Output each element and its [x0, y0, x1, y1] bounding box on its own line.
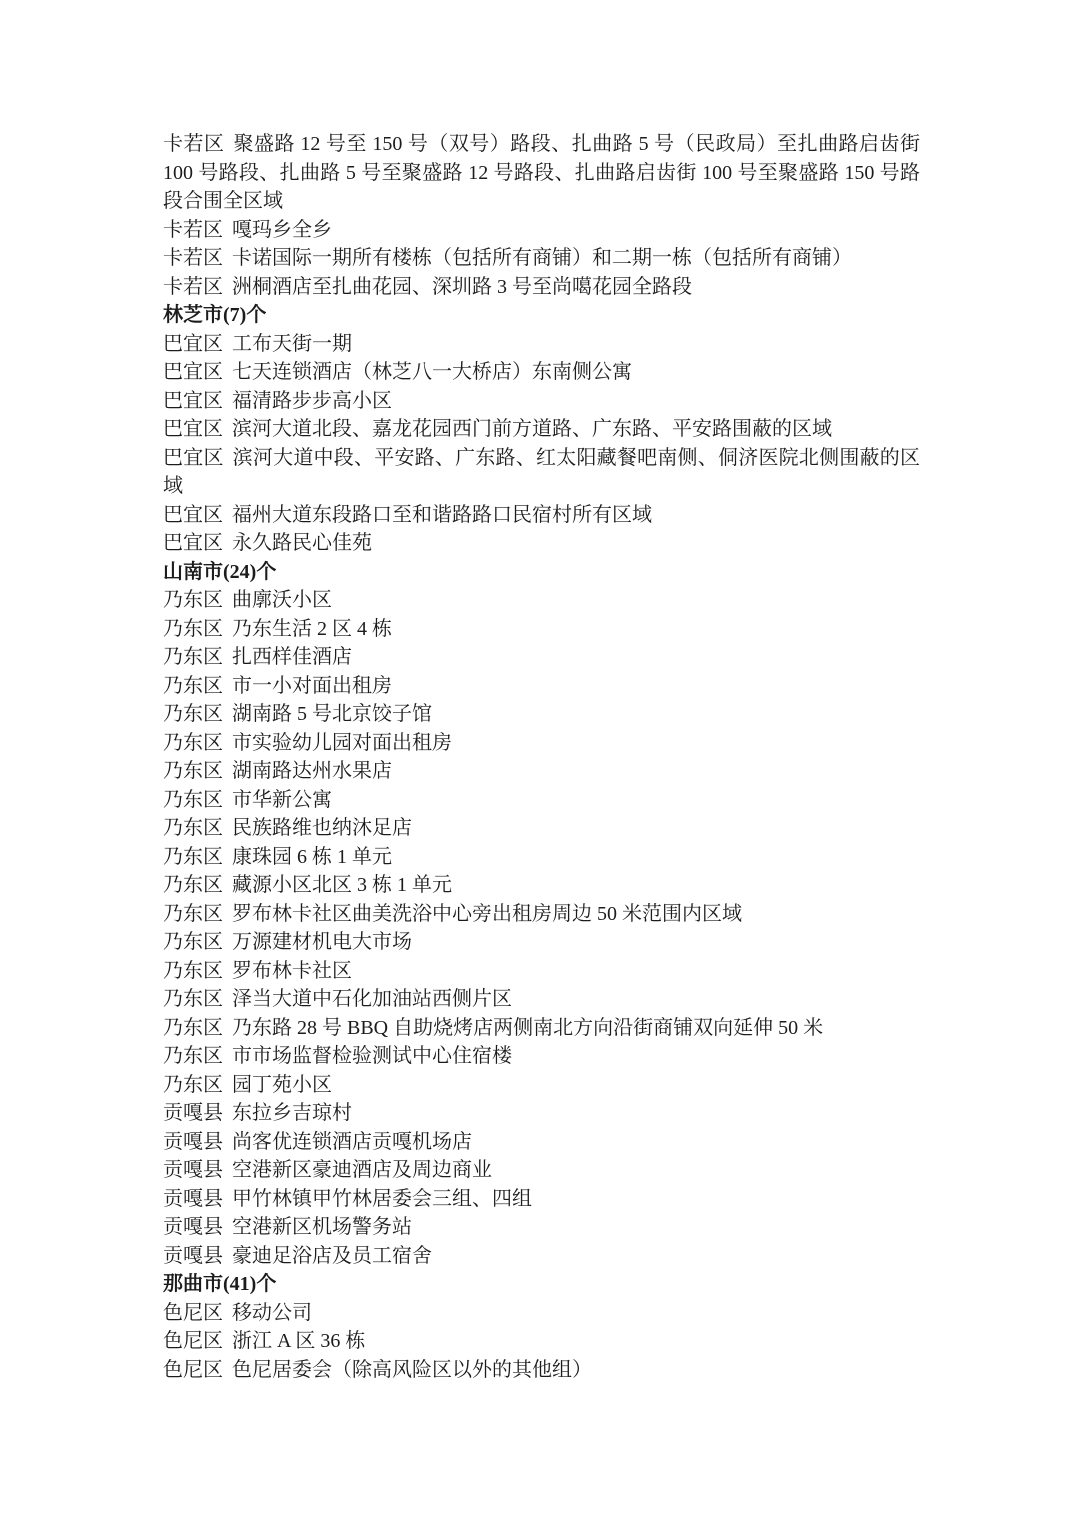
- entry-description: 泽当大道中石化加油站西侧片区: [232, 988, 512, 1010]
- district-label: 色尼区: [163, 1359, 223, 1381]
- entry-line: 乃东区藏源小区北区 3 栋 1 单元: [163, 871, 920, 900]
- entry-line: 巴宜区滨河大道北段、嘉龙花园西门前方道路、广东路、平安路围蔽的区域: [163, 415, 920, 444]
- district-label: 巴宜区: [163, 390, 223, 412]
- district-label: 贡嘎县: [163, 1188, 223, 1210]
- entry-line: 巴宜区滨河大道中段、平安路、广东路、红太阳藏餐吧南侧、侗济医院北侧围蔽的区域: [163, 444, 920, 501]
- entry-description: 市市场监督检验测试中心住宿楼: [232, 1045, 512, 1067]
- entry-description: 滨河大道北段、嘉龙花园西门前方道路、广东路、平安路围蔽的区域: [232, 418, 832, 440]
- district-label: 乃东区: [163, 675, 223, 697]
- entry-line: 贡嘎县甲竹林镇甲竹林居委会三组、四组: [163, 1185, 920, 1214]
- entry-description: 永久路民心佳苑: [232, 532, 372, 554]
- entry-description: 乃东生活 2 区 4 栋: [232, 618, 392, 640]
- district-label: 乃东区: [163, 760, 223, 782]
- entry-description: 尚客优连锁酒店贡嘎机场店: [232, 1131, 472, 1153]
- district-label: 乃东区: [163, 931, 223, 953]
- district-label: 贡嘎县: [163, 1216, 223, 1238]
- district-label: 贡嘎县: [163, 1102, 223, 1124]
- section-header: 山南市(24)个: [163, 558, 920, 587]
- entry-description: 曲廓沃小区: [232, 589, 332, 611]
- district-label: 乃东区: [163, 846, 223, 868]
- entry-description: 洲桐酒店至扎曲花园、深圳路 3 号至尚噶花园全路段: [232, 276, 692, 298]
- entry-description: 万源建材机电大市场: [232, 931, 412, 953]
- entry-line: 卡若区聚盛路 12 号至 150 号（双号）路段、扎曲路 5 号（民政局）至扎曲…: [163, 130, 920, 216]
- district-label: 巴宜区: [163, 361, 223, 383]
- entry-line: 贡嘎县东拉乡吉琼村: [163, 1099, 920, 1128]
- entry-line: 乃东区湖南路 5 号北京饺子馆: [163, 700, 920, 729]
- entry-line: 乃东区扎西样佳酒店: [163, 643, 920, 672]
- entry-description: 民族路维也纳沐足店: [232, 817, 412, 839]
- district-label: 乃东区: [163, 646, 223, 668]
- entry-description: 市实验幼儿园对面出租房: [232, 732, 452, 754]
- entry-description: 福清路步步高小区: [232, 390, 392, 412]
- district-label: 贡嘎县: [163, 1159, 223, 1181]
- entry-description: 空港新区机场警务站: [232, 1216, 412, 1238]
- entry-description: 滨河大道中段、平安路、广东路、红太阳藏餐吧南侧、侗济医院北侧围蔽的区域: [163, 447, 920, 498]
- entry-description: 罗布林卡社区: [232, 960, 352, 982]
- district-label: 乃东区: [163, 1017, 223, 1039]
- section-header: 林芝市(7)个: [163, 301, 920, 330]
- entry-line: 乃东区罗布林卡社区曲美洗浴中心旁出租房周边 50 米范围内区域: [163, 900, 920, 929]
- entry-line: 贡嘎县空港新区机场警务站: [163, 1213, 920, 1242]
- entry-line: 乃东区康珠园 6 栋 1 单元: [163, 843, 920, 872]
- entry-description: 乃东路 28 号 BBQ 自助烧烤店两侧南北方向沿街商铺双向延伸 50 米: [232, 1017, 823, 1039]
- district-label: 巴宜区: [163, 504, 223, 526]
- district-label: 巴宜区: [163, 418, 223, 440]
- district-label: 色尼区: [163, 1330, 223, 1352]
- entry-description: 聚盛路 12 号至 150 号（双号）路段、扎曲路 5 号（民政局）至扎曲路启齿…: [163, 133, 920, 212]
- entry-line: 卡若区嘎玛乡全乡: [163, 216, 920, 245]
- district-label: 贡嘎县: [163, 1131, 223, 1153]
- entry-description: 色尼居委会（除高风险区以外的其他组）: [232, 1359, 592, 1381]
- entry-description: 园丁苑小区: [232, 1074, 332, 1096]
- entry-line: 卡若区洲桐酒店至扎曲花园、深圳路 3 号至尚噶花园全路段: [163, 273, 920, 302]
- district-label: 卡若区: [163, 247, 223, 269]
- entry-line: 巴宜区工布天街一期: [163, 330, 920, 359]
- entry-line: 乃东区园丁苑小区: [163, 1071, 920, 1100]
- district-label: 乃东区: [163, 589, 223, 611]
- entry-line: 巴宜区永久路民心佳苑: [163, 529, 920, 558]
- district-label: 乃东区: [163, 618, 223, 640]
- entry-description: 豪迪足浴店及员工宿舍: [232, 1245, 432, 1267]
- district-label: 乃东区: [163, 1045, 223, 1067]
- entry-description: 工布天街一期: [232, 333, 352, 355]
- entry-description: 罗布林卡社区曲美洗浴中心旁出租房周边 50 米范围内区域: [232, 903, 742, 925]
- entry-description: 藏源小区北区 3 栋 1 单元: [232, 874, 452, 896]
- entry-line: 乃东区市实验幼儿园对面出租房: [163, 729, 920, 758]
- entry-line: 乃东区市市场监督检验测试中心住宿楼: [163, 1042, 920, 1071]
- entry-description: 康珠园 6 栋 1 单元: [232, 846, 392, 868]
- entry-line: 乃东区泽当大道中石化加油站西侧片区: [163, 985, 920, 1014]
- section-header: 那曲市(41)个: [163, 1270, 920, 1299]
- district-label: 乃东区: [163, 789, 223, 811]
- district-label: 巴宜区: [163, 447, 224, 469]
- district-label: 乃东区: [163, 874, 223, 896]
- district-label: 巴宜区: [163, 532, 223, 554]
- entry-description: 移动公司: [232, 1302, 312, 1324]
- entry-line: 贡嘎县豪迪足浴店及员工宿舍: [163, 1242, 920, 1271]
- entry-line: 乃东区乃东生活 2 区 4 栋: [163, 615, 920, 644]
- district-label: 卡若区: [163, 276, 223, 298]
- entry-line: 贡嘎县尚客优连锁酒店贡嘎机场店: [163, 1128, 920, 1157]
- district-label: 色尼区: [163, 1302, 223, 1324]
- entry-line: 巴宜区福州大道东段路口至和谐路路口民宿村所有区域: [163, 501, 920, 530]
- entry-line: 乃东区民族路维也纳沐足店: [163, 814, 920, 843]
- entry-description: 市一小对面出租房: [232, 675, 392, 697]
- entry-line: 巴宜区七天连锁酒店（林芝八一大桥店）东南侧公寓: [163, 358, 920, 387]
- entry-description: 福州大道东段路口至和谐路路口民宿村所有区域: [232, 504, 652, 526]
- district-label: 乃东区: [163, 1074, 223, 1096]
- district-label: 卡若区: [163, 219, 223, 241]
- document-page: 卡若区聚盛路 12 号至 150 号（双号）路段、扎曲路 5 号（民政局）至扎曲…: [0, 0, 1080, 1526]
- entry-line: 乃东区万源建材机电大市场: [163, 928, 920, 957]
- entry-line: 色尼区色尼居委会（除高风险区以外的其他组）: [163, 1356, 920, 1385]
- entry-description: 浙江 A 区 36 栋: [232, 1330, 365, 1352]
- district-label: 乃东区: [163, 817, 223, 839]
- entry-line: 乃东区乃东路 28 号 BBQ 自助烧烤店两侧南北方向沿街商铺双向延伸 50 米: [163, 1014, 920, 1043]
- district-label: 贡嘎县: [163, 1245, 223, 1267]
- district-label: 乃东区: [163, 988, 223, 1010]
- entry-description: 湖南路 5 号北京饺子馆: [232, 703, 432, 725]
- entry-line: 色尼区移动公司: [163, 1299, 920, 1328]
- district-label: 巴宜区: [163, 333, 223, 355]
- entry-line: 卡若区卡诺国际一期所有楼栋（包括所有商铺）和二期一栋（包括所有商铺）: [163, 244, 920, 273]
- entry-line: 贡嘎县空港新区豪迪酒店及周边商业: [163, 1156, 920, 1185]
- entry-line: 乃东区市华新公寓: [163, 786, 920, 815]
- entry-line: 巴宜区福清路步步高小区: [163, 387, 920, 416]
- district-label: 乃东区: [163, 903, 223, 925]
- entry-description: 扎西样佳酒店: [232, 646, 352, 668]
- district-label: 乃东区: [163, 703, 223, 725]
- entry-description: 甲竹林镇甲竹林居委会三组、四组: [232, 1188, 532, 1210]
- entry-description: 七天连锁酒店（林芝八一大桥店）东南侧公寓: [232, 361, 632, 383]
- entry-line: 乃东区湖南路达州水果店: [163, 757, 920, 786]
- entry-description: 市华新公寓: [232, 789, 332, 811]
- district-label: 乃东区: [163, 732, 223, 754]
- entry-description: 空港新区豪迪酒店及周边商业: [232, 1159, 492, 1181]
- entry-description: 卡诺国际一期所有楼栋（包括所有商铺）和二期一栋（包括所有商铺）: [232, 247, 852, 269]
- entry-description: 湖南路达州水果店: [232, 760, 392, 782]
- entry-description: 东拉乡吉琼村: [232, 1102, 352, 1124]
- entry-description: 嘎玛乡全乡: [232, 219, 332, 241]
- entry-line: 色尼区浙江 A 区 36 栋: [163, 1327, 920, 1356]
- document-content: 卡若区聚盛路 12 号至 150 号（双号）路段、扎曲路 5 号（民政局）至扎曲…: [163, 130, 920, 1384]
- entry-line: 乃东区罗布林卡社区: [163, 957, 920, 986]
- district-label: 乃东区: [163, 960, 223, 982]
- entry-line: 乃东区曲廓沃小区: [163, 586, 920, 615]
- district-label: 卡若区: [163, 133, 224, 155]
- entry-line: 乃东区市一小对面出租房: [163, 672, 920, 701]
